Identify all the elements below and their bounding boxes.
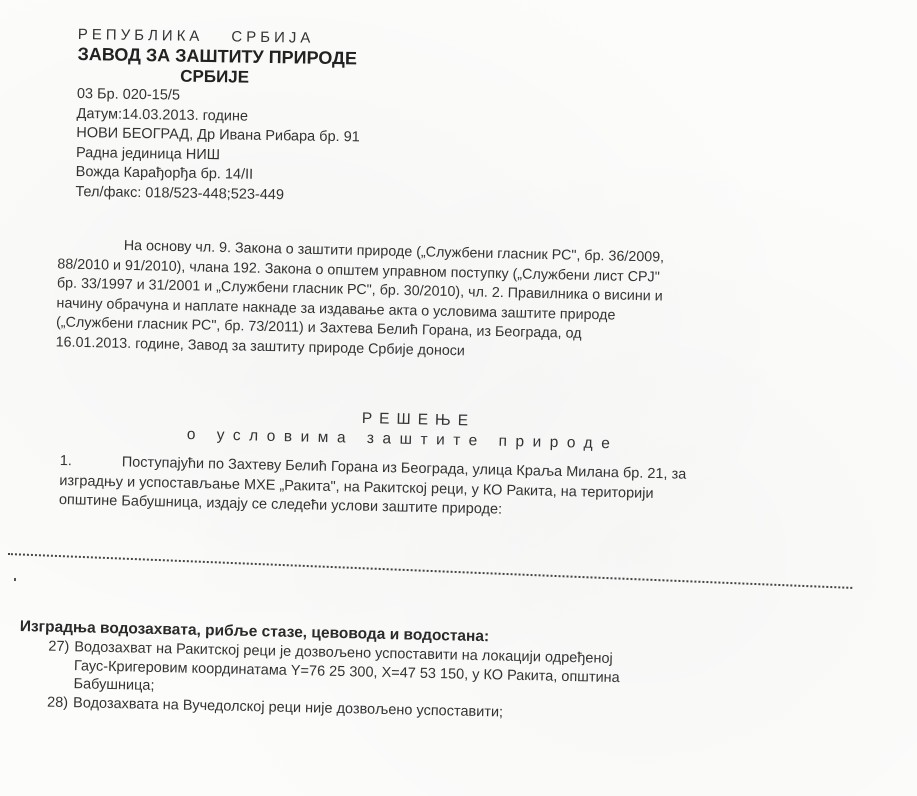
- phone-fax: Тел/факс: 018/523-448;523-449: [75, 182, 359, 206]
- decision-subtitle: о условима заштите природе: [187, 426, 619, 453]
- list-item-number: 27): [48, 638, 69, 657]
- republic-left: РЕПУБЛИКА: [78, 26, 204, 45]
- omission-dot: [14, 578, 16, 581]
- decision-title: РЕШЕЊЕ: [362, 410, 476, 430]
- construction-section: Изградња водозахвата, рибље стазе, цевов…: [18, 617, 860, 729]
- item-1-number: 1.: [60, 452, 122, 473]
- omission-dotted-line: [8, 553, 852, 591]
- list-item-number: 28): [47, 693, 68, 712]
- document-header: РЕПУБЛИКАСРБИЈА ЗАВОД ЗА ЗАШТИТУ ПРИРОДЕ…: [75, 26, 361, 206]
- preamble-paragraph: На основу чл. 9. Закона о заштити природ…: [83, 236, 825, 369]
- item-1-paragraph: 1.Поступајући по Захтеву Белић Горана из…: [59, 452, 830, 527]
- republic-right: СРБИЈА: [231, 28, 314, 46]
- institution-name: ЗАВОД ЗА ЗАШТИТУ ПРИРОДЕ: [77, 44, 361, 69]
- scanned-document-page: РЕПУБЛИКАСРБИЈА ЗАВОД ЗА ЗАШТИТУ ПРИРОДЕ…: [0, 0, 917, 796]
